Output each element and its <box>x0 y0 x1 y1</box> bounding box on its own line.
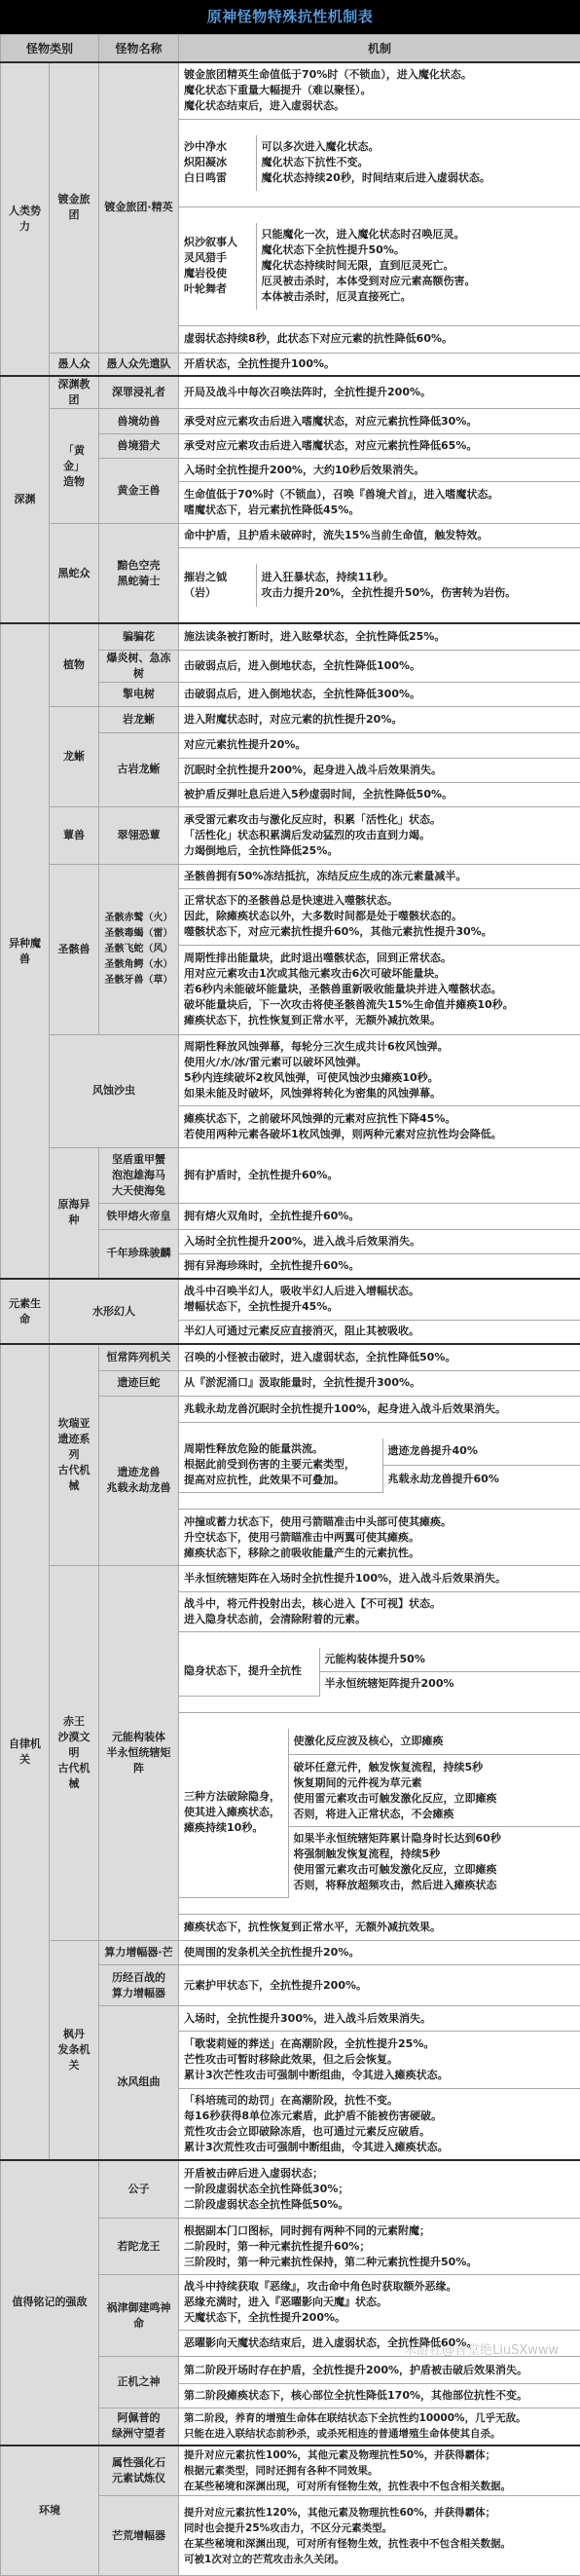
subcategory-cell: 植物 <box>50 623 99 706</box>
adaptive-resistance-text: 周期性释放危险的能量洪流。 根据此前受到伤害的主要元素类型， 提高对应抗性，此效… <box>179 1438 382 1493</box>
monster-name-cell: 属性强化石 元素试炼仪 <box>99 2445 179 2496</box>
table-row: 人类势力 镀金旅团 镀金旅团·精英 镀金旅团精英生命值低于70%时（不锁血），进… <box>1 62 580 119</box>
mechanism-cell: 第二阶段开场时存在护盾，全抗性提升200%，护盾被击破后效果消失。 <box>179 2357 580 2384</box>
monster-name-cell: 骗骗花 <box>99 623 179 650</box>
mechanism-cell: 承受对应元素攻击后进入嗜魔状态，对应元素抗性降低30%。 <box>179 409 580 434</box>
mechanism-cell-split: 周期性释放危险的能量洪流。 根据此前受到伤害的主要元素类型， 提高对应抗性，此效… <box>179 1422 580 1510</box>
stealth-value: 半永恒统辖矩阵提升200% <box>319 1671 580 1696</box>
mechanism-cell: 生命值低于70%时（不锁血），召唤『兽境犬首』，进入嗜魔状态。 嗜魔状态下，岩元… <box>179 482 580 524</box>
mechanism-cell: 使周围的发条机关全抗性提升20%。 <box>179 1941 580 1965</box>
mechanism-cell: 战斗中召唤半幻人，吸收半幻人后进入增幅状态。 增幅状态下，全抗性提升45%。 <box>179 1279 580 1320</box>
mechanism-cell: 开局及战斗中每次召唤法阵时，全抗性提升200%。 <box>179 376 580 409</box>
variant-mechanism: 只能魔化一次，进入魔化状态时召唤厄灵。 魔化状态下全抗性提升50%。 魔化状态持… <box>256 223 580 310</box>
monster-name-cell: 水形幻人 <box>50 1279 179 1344</box>
monster-name-cell: 爆炎树、急冻树 <box>99 650 179 682</box>
table-row: 深渊 深渊教团 深罪浸礼者 开局及战斗中每次召唤法阵时，全抗性提升200%。 <box>1 376 580 409</box>
subcategory-cell: 圣骸兽 <box>50 864 99 1034</box>
mechanism-cell: 元素护甲状态下，全抗性提升200%。 <box>179 1965 580 2006</box>
mechanism-cell: 第二阶段，养育的增殖生命体在联结状态下全抗性约10000%，几乎无敌。 只能在进… <box>179 2408 580 2445</box>
mechanism-cell-split: 沙中净水 炽阳凝冰 白日鸣雷 可以多次进入魔化状态。 魔化状态下抗性不变。 魔化… <box>179 119 580 206</box>
monster-name-cell: 阿佩普的 绿洲守望者 <box>99 2408 179 2445</box>
monster-name-cell: 芒荒增幅器 <box>99 2496 179 2576</box>
mechanism-cell-split: 隐身状态下，提升全抗性 元能构装体提升50% 半永恒统辖矩阵提升200% <box>179 1632 580 1713</box>
monster-name-cell: 祸津御建鸣神命 <box>99 2275 179 2357</box>
mechanism-cell: 召唤的小怪被击破时，进入虚弱状态，全抗性降低50%。 <box>179 1344 580 1370</box>
monster-name-cell: 遗迹巨蛇 <box>99 1370 179 1396</box>
monster-name-cell: 遗迹龙兽 兆载永劫龙兽 <box>99 1396 179 1566</box>
mechanism-cell-split: 炽沙叙事人 灵风猎手 魔岩役使 叶轮舞者 只能魔化一次，进入魔化状态时召唤厄灵。… <box>179 206 580 325</box>
category-cell: 人类势力 <box>1 62 50 376</box>
category-cell: 深渊 <box>1 376 50 623</box>
table-row: 枫丹 发条机关 算力增幅器·芒 使周围的发条机关全抗性提升20%。 <box>1 1941 580 1965</box>
mechanism-cell: 入场时，全抗性提升300%，进入战斗后效果消失。 <box>179 2006 580 2032</box>
mechanism-cell: 周期性排出能量块，此时退出噬骸状态，回到正常状态。 用对应元素攻击1次或其他元素… <box>179 945 580 1034</box>
subcategory-cell: 赤王 沙漠文明 古代机械 <box>50 1566 99 1941</box>
monster-name-cell: 黄金王兽 <box>99 459 179 524</box>
mechanism-cell: 提升对应元素抗性100%，其他元素及物理抗性50%，并获得霸体； 根据元素类型，… <box>179 2445 580 2496</box>
mechanism-cell: 施法读条被打断时，进入眩晕状态，全抗性降低25%。 <box>179 623 580 650</box>
mechanism-cell-split: 摧岩之钺（岩） 进入狂暴状态，持续11秒。 攻击力提升20%，全抗性提升50%，… <box>179 548 580 624</box>
monster-name-cell: 圣骸赤鹫（火） 圣骸毒蝎（雷） 圣骸飞蛇（风） 圣骸角鳄（水） 圣骸牙兽（草） <box>99 864 179 1034</box>
monster-name-cell: 算力增幅器·芒 <box>99 1941 179 1965</box>
table-row: 龙蜥 岩龙蜥 进入附魔状态时，对应元素的抗性提升20%。 <box>1 706 580 732</box>
stealth-text: 隐身状态下，提升全抗性 <box>179 1648 319 1696</box>
monster-name-cell: 铁甲熔火帝皇 <box>99 1203 179 1229</box>
monster-name-cell: 翠翎恐蕈 <box>99 806 179 864</box>
page: 原神怪物特殊抗性机制表 怪物类别 怪物名称 机制 人类势力 镀金旅团 镀金旅团·… <box>0 0 580 2576</box>
category-cell: 值得铭记的强敌 <box>1 2160 99 2445</box>
break-method: 破坏任意元件，触发恢复流程，持续5秒 恢复期间的元件视为草元素 使用雷元素攻击可… <box>288 1755 580 1827</box>
mechanism-cell: 拥有熔火双角时，全抗性提升60%。 <box>179 1203 580 1229</box>
mechanism-cell: 镀金旅团精英生命值低于70%时（不锁血），进入魔化状态。 魔化状态下重量大幅提升… <box>179 62 580 119</box>
table-row: 风蚀沙虫 周期性释放风蚀弹幕，每轮分三次生成共计6枚风蚀弹。 使用火/水/冰/雷… <box>1 1034 580 1105</box>
monster-name-cell: 冰风组曲 <box>99 2006 179 2160</box>
mechanism-cell: 进入附魔状态时，对应元素的抗性提升20%。 <box>179 706 580 732</box>
table-row: 值得铭记的强敌 公子 开盾被击碎后进入虚弱状态； 一阶段虚弱状态全抗性降低30%… <box>1 2160 580 2219</box>
subcategory-cell: 深渊教团 <box>50 376 99 409</box>
mechanism-cell: 对应元素抗性提升20%。 <box>179 732 580 758</box>
mechanism-cell: 兆载永劫龙兽沉眠时全抗性提升100%，起身进入战斗后效果消失。 <box>179 1396 580 1422</box>
monster-name-cell: 岩龙蜥 <box>99 706 179 732</box>
mechanism-cell: 第二阶段瘫痪状态下，核心部位全抗性降低170%，其他部位抗性不变。 <box>179 2384 580 2408</box>
mechanism-cell: 圣骸兽拥有50%冻结抵抗，冻结反应生成的冻元素量减半。 <box>179 864 580 888</box>
table-row: 自律机关 坎瑞亚 遗迹系列 古代机械 恒常阵列机关 召唤的小怪被击破时，进入虚弱… <box>1 1344 580 1370</box>
monster-name-cell: 元能构装体 半永恒统辖矩阵 <box>99 1566 179 1941</box>
break-method: 如果半永恒统辖矩阵累计隐身时长达到60秒 将强制触发恢复流程，持续5秒 使用雷元… <box>288 1827 580 1898</box>
mechanism-cell: 瘫痪状态下，抗性恢复到正常水平，无额外减抗效果。 <box>179 1915 580 1941</box>
mechanism-cell: 虚弱状态持续8秒，此状态下对应元素的抗性降低60%。 <box>179 325 580 353</box>
table-row: 黑蛇众 黯色空壳 黑蛇骑士 命中护盾，且护盾未破碎时，流失15%当前生命值，触发… <box>1 524 580 548</box>
adaptive-resistance-value: 遗迹龙兽提升40% <box>382 1438 580 1466</box>
mechanism-cell: 冲撞或蓄力状态下，使用弓箭瞄准击中头部可使其瘫痪。 升空状态下，使用弓箭瞄准击中… <box>179 1510 580 1566</box>
mechanism-cell-split: 三种方法破除隐身， 使其进入瘫痪状态， 瘫痪持续10秒。 使激化反应波及核心，立… <box>179 1712 580 1915</box>
stealth-value: 元能构装体提升50% <box>319 1648 580 1671</box>
header-row: 怪物类别 怪物名称 机制 <box>1 35 580 63</box>
monster-name-cell: 黯色空壳 黑蛇骑士 <box>99 524 179 624</box>
subcategory-cell: 蕈兽 <box>50 806 99 864</box>
monster-name-cell: 愚人众先遣队 <box>99 353 179 376</box>
mechanism-cell: 正常状态下的圣骸兽总是快速进入噬骸状态。 因此，除瘫痪状态以外，大多数时间都是处… <box>179 888 580 945</box>
adaptive-resistance-value: 兆载永劫龙兽提升60% <box>382 1466 580 1493</box>
header-mechanism: 机制 <box>179 35 580 63</box>
resistance-table: 怪物类别 怪物名称 机制 人类势力 镀金旅团 镀金旅团·精英 镀金旅团精英生命值… <box>0 34 580 2576</box>
mechanism-cell: 击破弱点后，进入倒地状态，全抗性降低100%。 <box>179 650 580 682</box>
subcategory-cell: 黑蛇众 <box>50 524 99 624</box>
mechanism-cell: 沉眠时全抗性提升200%，起身进入战斗后效果消失。 <box>179 758 580 782</box>
mechanism-cell: 半永恒统辖矩阵在入场时全抗性提升100%，进入战斗后效果消失。 <box>179 1566 580 1592</box>
subcategory-cell: 「黄金」 造物 <box>50 409 99 524</box>
mechanism-cell: 「科培琉司的劫罚」在高潮阶段，抗性不变。 每16秒获得8单位冻元素盾，此护盾不能… <box>179 2089 580 2160</box>
subcategory-cell: 枫丹 发条机关 <box>50 1941 99 2160</box>
monster-name-cell: 古岩龙蜥 <box>99 732 179 806</box>
table-row: 元素生命 水形幻人 战斗中召唤半幻人，吸收半幻人后进入增幅状态。 增幅状态下，全… <box>1 1279 580 1320</box>
monster-name-cell: 坚盾重甲蟹 泡泡雄海马 大天使海兔 <box>99 1147 179 1203</box>
category-cell: 异种魔兽 <box>1 623 50 1279</box>
table-row: 环境 属性强化石 元素试炼仪 提升对应元素抗性100%，其他元素及物理抗性50%… <box>1 2445 580 2496</box>
monster-name-cell: 风蚀沙虫 <box>50 1034 179 1147</box>
table-row: 原海异种 坚盾重甲蟹 泡泡雄海马 大天使海兔 拥有护盾时，全抗性提升60%。 <box>1 1147 580 1203</box>
subcategory-cell: 镀金旅团 <box>50 62 99 353</box>
mechanism-cell: 拥有异海珍珠时，全抗性提升60%。 <box>179 1253 580 1279</box>
table-row: 「黄金」 造物 兽境幼兽 承受对应元素攻击后进入嗜魔状态，对应元素抗性降低30%… <box>1 409 580 434</box>
monster-name-cell: 兽境猎犬 <box>99 434 179 459</box>
mechanism-cell: 根据副本门口图标，同时拥有两种不同的元素附魔； 二阶段时，第一种元素抗性提升60… <box>179 2219 580 2275</box>
monster-name-cell: 镀金旅团·精英 <box>99 62 179 353</box>
subcategory-cell: 原海异种 <box>50 1147 99 1279</box>
mechanism-cell: 半幻人可通过元素反应直接消灭，阻止其被吸收。 <box>179 1320 580 1344</box>
mechanism-cell: 入场时全抗性提升200%，进入战斗后效果消失。 <box>179 1229 580 1253</box>
monster-name-cell: 兽境幼兽 <box>99 409 179 434</box>
mechanism-cell: 恶曜影向天魔状态结束后，进入虚弱状态，全抗性降低60%。 <box>179 2331 580 2357</box>
subcategory-cell: 龙蜥 <box>50 706 99 806</box>
mechanism-cell: 瘫痪状态下，之前破坏风蚀弹的元素对应抗性下降45%。 若使用两种元素各破坏1枚风… <box>179 1105 580 1147</box>
mechanism-cell: 承受对应元素攻击后进入嗜魔状态，对应元素抗性降低65%。 <box>179 434 580 459</box>
mechanism-cell: 「歌裴莉娅的葬送」在高潮阶段，全抗性提升25%。 芒性攻击可暂时移除此效果，但之… <box>179 2032 580 2089</box>
break-stealth-text: 三种方法破除隐身， 使其进入瘫痪状态， 瘫痪持续10秒。 <box>179 1729 288 1898</box>
mechanism-cell: 命中护盾，且护盾未破碎时，流失15%当前生命值，触发特效。 <box>179 524 580 548</box>
category-cell: 元素生命 <box>1 1279 50 1344</box>
monster-name-cell: 掣电树 <box>99 682 179 706</box>
table-row: 愚人众 愚人众先遣队 开盾状态，全抗性提升100%。 <box>1 353 580 376</box>
table-row: 圣骸兽 圣骸赤鹫（火） 圣骸毒蝎（雷） 圣骸飞蛇（风） 圣骸角鳄（水） 圣骸牙兽… <box>1 864 580 888</box>
mechanism-cell: 战斗中，将元件投射出去，核心进入【不可视】状态。 进入隐身状态前，会清除附着的元… <box>179 1592 580 1632</box>
monster-name-cell: 公子 <box>99 2160 179 2219</box>
table-row: 异种魔兽 植物 骗骗花 施法读条被打断时，进入眩晕状态，全抗性降低25%。 <box>1 623 580 650</box>
monster-name-cell: 若陀龙王 <box>99 2219 179 2275</box>
mechanism-cell: 被护盾反弹吐息后进入5秒虚弱时间，全抗性降低50%。 <box>179 782 580 806</box>
subcategory-cell: 愚人众 <box>50 353 99 376</box>
mechanism-cell: 战斗中持续获取『恶缘』，攻击命中角色时获取额外恶缘。 恶缘充满时，进入『恶曜影向… <box>179 2275 580 2331</box>
category-cell: 环境 <box>1 2445 99 2576</box>
mechanism-cell: 开盾状态，全抗性提升100%。 <box>179 353 580 376</box>
monster-name-cell: 正机之神 <box>99 2357 179 2408</box>
header-category: 怪物类别 <box>1 35 99 63</box>
subcategory-cell: 坎瑞亚 遗迹系列 古代机械 <box>50 1344 99 1566</box>
mechanism-cell: 拥有护盾时，全抗性提升60%。 <box>179 1147 580 1203</box>
mechanism-cell: 承受雷元素攻击与激化反应时，积累「活性化」状态。 「活性化」状态积累满后发动猛烈… <box>179 806 580 864</box>
mechanism-cell: 周期性释放风蚀弹幕，每轮分三次生成共计6枚风蚀弹。 使用火/水/冰/雷元素可以破… <box>179 1034 580 1105</box>
page-title: 原神怪物特殊抗性机制表 <box>0 0 580 34</box>
mechanism-cell: 击破弱点后，进入倒地状态，全抗性降低300%。 <box>179 682 580 706</box>
skill-name: 摧岩之钺（岩） <box>179 564 256 607</box>
mechanism-cell: 从『淤泥涌口』汲取能量时，全抗性提升300%。 <box>179 1370 580 1396</box>
monster-name-cell: 恒常阵列机关 <box>99 1344 179 1370</box>
category-cell: 自律机关 <box>1 1344 50 2160</box>
table-row: 赤王 沙漠文明 古代机械 元能构装体 半永恒统辖矩阵 半永恒统辖矩阵在入场时全抗… <box>1 1566 580 1592</box>
break-method: 使激化反应波及核心，立即瘫痪 <box>288 1729 580 1755</box>
skill-mechanism: 进入狂暴状态，持续11秒。 攻击力提升20%，全抗性提升50%，伤害转为岩伤。 <box>256 564 580 607</box>
monster-name-cell: 千年珍珠骏麟 <box>99 1229 179 1279</box>
header-name: 怪物名称 <box>99 35 179 63</box>
monster-name-cell: 深罪浸礼者 <box>99 376 179 409</box>
variant-names: 炽沙叙事人 灵风猎手 魔岩役使 叶轮舞者 <box>179 223 256 310</box>
variant-names: 沙中净水 炽阳凝冰 白日鸣雷 <box>179 135 256 191</box>
monster-name-cell: 历经百战的 算力增幅器 <box>99 1965 179 2006</box>
mechanism-cell: 提升对应元素抗性120%，其他元素及物理抗性60%，并获得霸体； 同时也会提升2… <box>179 2496 580 2576</box>
mechanism-cell: 开盾被击碎后进入虚弱状态； 一阶段虚弱状态全抗性降低30%； 二阶段虚弱状态全抗… <box>179 2160 580 2219</box>
table-row: 蕈兽 翠翎恐蕈 承受雷元素攻击与激化反应时，积累「活性化」状态。 「活性化」状态… <box>1 806 580 864</box>
mechanism-cell: 入场时全抗性提升200%，大约10秒后效果消失。 <box>179 459 580 482</box>
variant-mechanism: 可以多次进入魔化状态。 魔化状态下抗性不变。 魔化状态持续20秒，时间结束后进入… <box>256 135 580 191</box>
